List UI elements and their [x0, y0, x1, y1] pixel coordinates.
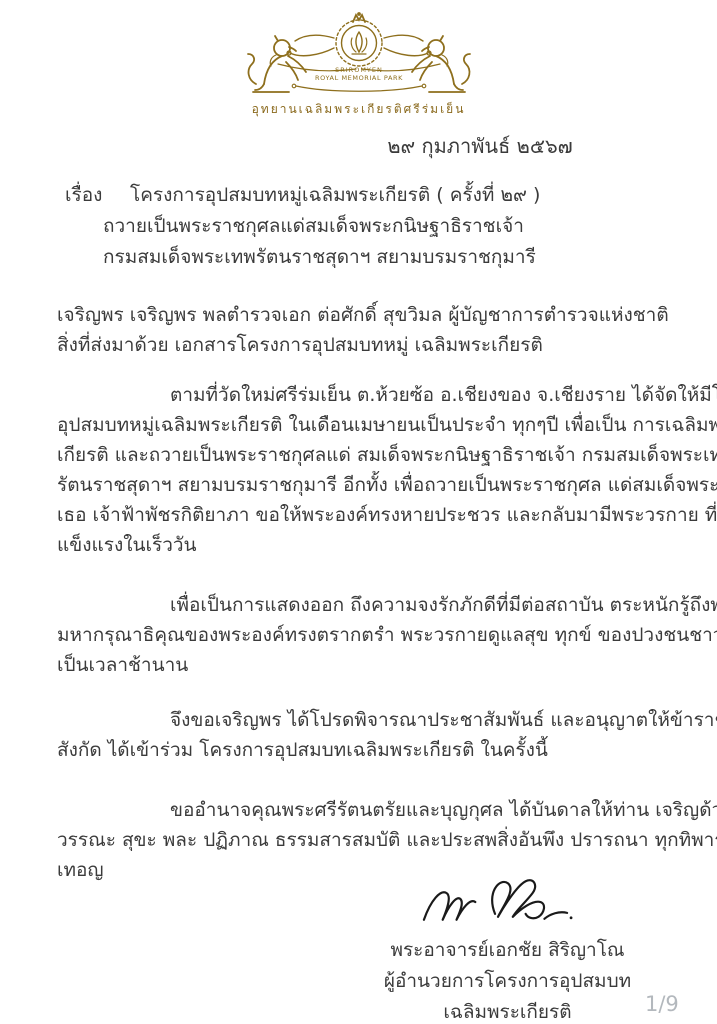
- paragraph-2: เพื่อเป็นการแสดงออก ถึงความจงรักภักดีที่…: [57, 590, 677, 680]
- emblem-name-en-2: ROYAL MEMORIAL PARK: [314, 74, 402, 82]
- paragraph-4: ขออำนาจคุณพระศรีรัตนตรัยและบุญกุศล ได้บั…: [57, 795, 677, 885]
- para1-line: แข็งแรงในเร็ววัน: [57, 530, 677, 560]
- page-number: 1/9: [645, 992, 679, 1016]
- para2-line: เพื่อเป็นการแสดงออก ถึงความจงรักภักดีที่…: [57, 590, 677, 620]
- lion-right-icon: [412, 36, 470, 92]
- paragraph-3: จึงขอเจริญพร ได้โปรดพิจารณาประชาสัมพันธ์…: [57, 705, 677, 765]
- lion-left-icon: [248, 36, 306, 92]
- signature-icon: [418, 872, 576, 934]
- salutation-line: เจริญพร เจริญพร พลตำรวจเอก ต่อศักดิ์ สุข…: [57, 300, 669, 330]
- para2-line: เป็นเวลาช้านาน: [57, 650, 677, 680]
- subject-line-2: ถวายเป็นพระราชกุศลแด่สมเด็จพระกนิษฐาธิรา…: [103, 211, 540, 242]
- emblem-graphic: SRIROMYEN ROYAL MEMORIAL PARK: [234, 12, 484, 100]
- subject-line-1: โครงการอุปสมบทหมู่เฉลิมพระเกียรติ ( ครั้…: [130, 184, 540, 206]
- signer-name: พระอาจารย์เอกชัย สิริญาโณ: [320, 935, 695, 966]
- para1-line: รัตนราชสุดาฯ สยามบรมราชกุมารี อีกทั้ง เพ…: [57, 470, 677, 500]
- para4-line: วรรณะ สุขะ พละ ปฏิภาณ ธรรมสารสมบัติ และป…: [57, 825, 677, 855]
- para3-line: จึงขอเจริญพร ได้โปรดพิจารณาประชาสัมพันธ์…: [57, 705, 677, 735]
- ribbon-flourish: [296, 86, 422, 91]
- para1-line: เกียรติ และถวายเป็นพระราชกุศลแด่ สมเด็จพ…: [57, 440, 677, 470]
- para4-line: เทอญ: [57, 855, 677, 885]
- letter-date: ๒๙ กุมภาพันธ์ ๒๕๖๗: [350, 130, 610, 162]
- letter-page: SRIROMYEN ROYAL MEMORIAL PARK อุทยานเฉลิ…: [0, 0, 717, 1024]
- para1-line: อุปสมบทหมู่เฉลิมพระเกียรติ ในเดือนเมษายน…: [57, 410, 677, 440]
- para3-line: สังกัด ได้เข้าร่วม โครงการอุปสมบทเฉลิมพร…: [57, 735, 677, 765]
- emblem-name-en-1: SRIROMYEN: [335, 66, 383, 74]
- subject-line-3: กรมสมเด็จพระเทพรัตนราชสุดาฯ สยามบรมราชกุ…: [103, 242, 540, 273]
- emblem: SRIROMYEN ROYAL MEMORIAL PARK อุทยานเฉลิ…: [234, 12, 484, 119]
- para4-line: ขออำนาจคุณพระศรีรัตนตรัยและบุญกุศล ได้บั…: [57, 795, 677, 825]
- paragraph-1: ตามที่วัดใหม่ศรีร่มเย็น ต.ห้วยซ้อ อ.เชีย…: [57, 380, 677, 560]
- emblem-caption-th: อุทยานเฉลิมพระเกียรติศรีร่มเย็น: [234, 100, 484, 119]
- para2-line: มหากรุณาธิคุณของพระองค์ทรงตรากตรำ พระวรก…: [57, 620, 677, 650]
- para1-line: เธอ เจ้าฟ้าพัชรกิติยาภา ขอให้พระองค์ทรงห…: [57, 500, 677, 530]
- attachment-line: สิ่งที่ส่งมาด้วย เอกสารโครงการอุปสมบทหมู…: [57, 330, 543, 360]
- subject-block: เรื่องโครงการอุปสมบทหมู่เฉลิมพระเกียรติ …: [65, 180, 540, 273]
- signer-block: พระอาจารย์เอกชัย สิริญาโณ ผู้อำนวยการโคร…: [320, 935, 695, 1024]
- medallion-icon: [336, 20, 382, 66]
- signer-title: ผู้อำนวยการโครงการอุปสมบทเฉลิมพระเกียรติ: [320, 966, 695, 1024]
- para1-line: ตามที่วัดใหม่ศรีร่มเย็น ต.ห้วยซ้อ อ.เชีย…: [57, 380, 677, 410]
- subject-label: เรื่อง: [65, 180, 130, 211]
